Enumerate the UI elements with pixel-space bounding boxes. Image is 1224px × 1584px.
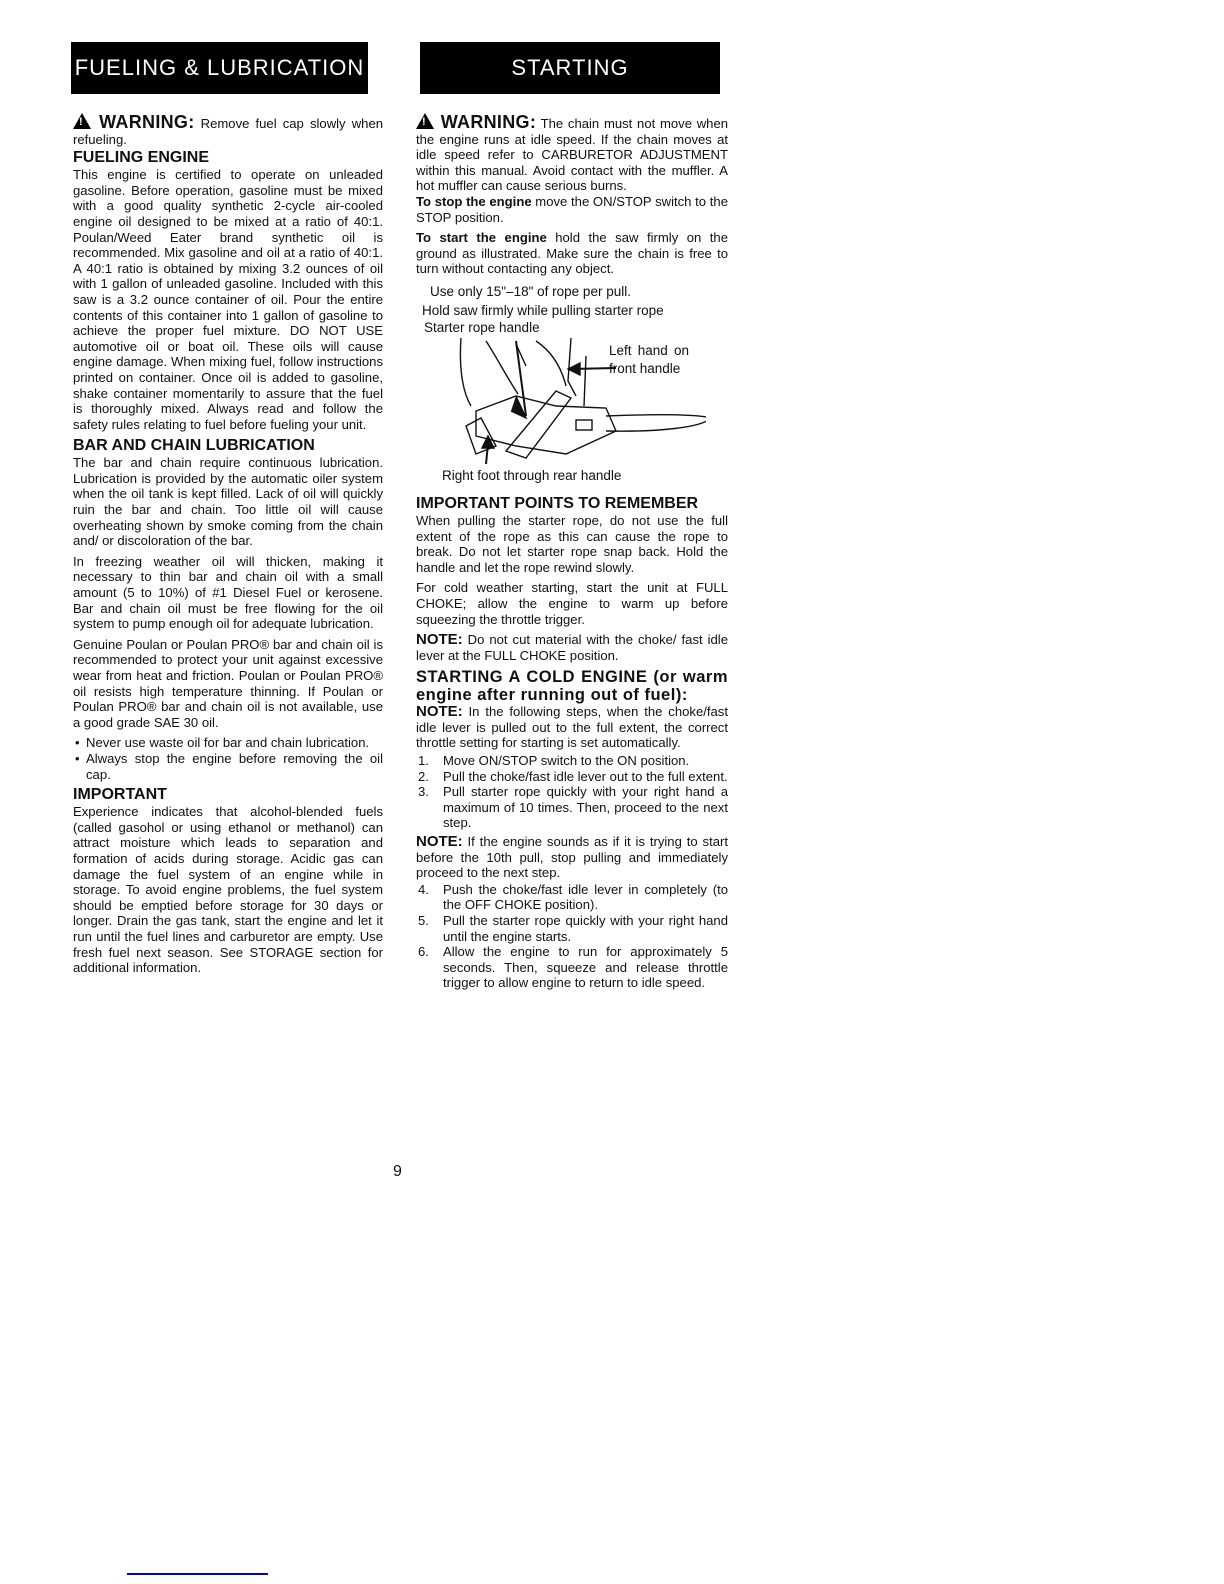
step-item: 5.Pull the starter rope quickly with you… xyxy=(416,913,728,944)
list-item: Never use waste oil for bar and chain lu… xyxy=(73,735,383,751)
stop-engine-instruction: To stop the engine move the ON/STOP swit… xyxy=(416,194,728,225)
step-item: 1.Move ON/STOP switch to the ON position… xyxy=(416,753,728,769)
note-text: In the following steps, when the choke/f… xyxy=(416,704,728,750)
warning-triangle-icon xyxy=(416,113,434,129)
right-column: WARNING: The chain must not move when th… xyxy=(416,112,728,994)
figure-caption-rope-length: Use only 15"–18" of rope per pull. xyxy=(416,282,728,301)
list-item: Always stop the engine before removing t… xyxy=(73,751,383,782)
warning-triangle-icon xyxy=(73,113,91,129)
bottom-link-underline[interactable] xyxy=(127,1573,268,1575)
step-item: 3.Pull starter rope quickly with your ri… xyxy=(416,784,728,831)
bar-chain-paragraph: Genuine Poulan or Poulan PRO® bar and ch… xyxy=(73,637,383,731)
note-text: If the engine sounds as if it is trying … xyxy=(416,834,728,880)
step-item: 4.Push the choke/fast idle lever in comp… xyxy=(416,882,728,913)
chain-idle-warning: WARNING: The chain must not move when th… xyxy=(416,112,728,194)
cold-start-note: NOTE: In the following steps, when the c… xyxy=(416,704,728,751)
section-header-starting: STARTING xyxy=(420,42,720,94)
figure-label-left-hand: Left hand on front handle xyxy=(609,342,689,378)
tenth-pull-note: NOTE: If the engine sounds as if it is t… xyxy=(416,834,728,881)
page-number: 9 xyxy=(393,1163,402,1181)
note-label: NOTE: xyxy=(416,833,463,850)
left-column: WARNING: Remove fuel cap slowly when ref… xyxy=(73,112,383,981)
warning-label: WARNING: xyxy=(441,112,536,132)
important-heading: IMPORTANT xyxy=(73,786,383,804)
bar-chain-heading: BAR AND CHAIN LUBRICATION xyxy=(73,437,383,455)
bar-chain-paragraph: The bar and chain require continuous lub… xyxy=(73,455,383,549)
cold-start-steps-a: 1.Move ON/STOP switch to the ON position… xyxy=(416,753,728,831)
stop-lead: To stop the engine xyxy=(416,194,532,209)
start-lead: To start the engine xyxy=(416,230,547,245)
note-text: Do not cut material with the choke/ fast… xyxy=(416,632,728,663)
important-points-heading: IMPORTANT POINTS TO REMEMBER xyxy=(416,495,728,513)
choke-note: NOTE: Do not cut material with the choke… xyxy=(416,632,728,663)
figure-label-starter-rope: Starter rope handle xyxy=(416,320,728,336)
fuel-cap-warning: WARNING: Remove fuel cap slowly when ref… xyxy=(73,112,383,147)
bar-chain-paragraph: In freezing weather oil will thicken, ma… xyxy=(73,554,383,632)
cold-start-heading: STARTING A COLD ENGINE (or warm engine a… xyxy=(416,668,728,704)
points-paragraph: For cold weather starting, start the uni… xyxy=(416,580,728,627)
fueling-engine-heading: FUELING ENGINE xyxy=(73,149,383,167)
starting-position-illustration: Left hand on front handle xyxy=(416,336,728,464)
cold-start-steps-b: 4.Push the choke/fast idle lever in comp… xyxy=(416,882,728,991)
step-item: 2.Pull the choke/fast idle lever out to … xyxy=(416,769,728,785)
oil-bullet-list: Never use waste oil for bar and chain lu… xyxy=(73,735,383,782)
note-label: NOTE: xyxy=(416,703,463,720)
start-engine-instruction: To start the engine hold the saw firmly … xyxy=(416,230,728,277)
fueling-engine-body: This engine is certified to operate on u… xyxy=(73,167,383,432)
step-item: 6.Allow the engine to run for approximat… xyxy=(416,944,728,991)
warning-label: WARNING: xyxy=(99,112,194,132)
note-label: NOTE: xyxy=(416,631,463,648)
section-header-fueling: FUELING & LUBRICATION xyxy=(71,42,368,94)
points-paragraph: When pulling the starter rope, do not us… xyxy=(416,513,728,575)
figure-caption-hold-saw: Hold saw firmly while pulling starter ro… xyxy=(416,301,728,320)
important-body: Experience indicates that alcohol-blende… xyxy=(73,804,383,976)
figure-label-right-foot: Right foot through rear handle xyxy=(416,466,728,485)
